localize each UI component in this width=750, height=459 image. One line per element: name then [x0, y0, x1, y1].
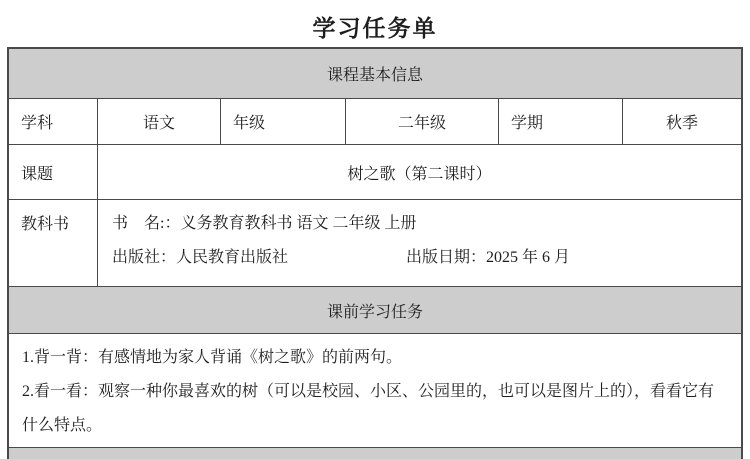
pre-class-header: 课前学习任务 [9, 287, 741, 334]
textbook-row: 教科书 书 名:：义务教育教科书 语文 二年级 上册 出版社：人民教育出版社 出… [9, 200, 741, 287]
course-info-header: 课程基本信息 [9, 49, 741, 99]
task-sheet-table: 课程基本信息 学科 语文 年级 二年级 学期 秋季 课题 树之歌（第二课时） 教… [7, 47, 743, 459]
semester-label-cell: 学期 [499, 99, 623, 144]
textbook-name-text: 书 名:：义务教育教科书 语文 二年级 上册 [112, 207, 731, 241]
grade-label-cell: 年级 [221, 99, 346, 144]
tasks-list: 1.背一背：有感情地为家人背诵《树之歌》的前两句。 2.看一看：观察一种你最喜欢… [9, 334, 741, 447]
topic-label-cell: 课题 [9, 145, 98, 199]
pre-class-tasks-row: 1.背一背：有感情地为家人背诵《树之歌》的前两句。 2.看一看：观察一种你最喜欢… [9, 334, 741, 448]
task-item: 2.看一看：观察一种你最喜欢的树（可以是校园、小区、公园里的，也可以是图片上的）… [22, 375, 727, 443]
textbook-content-cell: 书 名:：义务教育教科书 语文 二年级 上册 出版社：人民教育出版社 出版日期：… [98, 200, 741, 286]
course-info-row: 学科 语文 年级 二年级 学期 秋季 [9, 99, 741, 145]
publisher-text: 出版社：人民教育出版社 [112, 241, 288, 275]
task-item: 1.背一背：有感情地为家人背诵《树之歌》的前两句。 [22, 341, 727, 375]
grade-value-cell: 二年级 [346, 99, 499, 144]
subject-label-cell: 学科 [9, 99, 98, 144]
topic-row: 课题 树之歌（第二课时） [9, 145, 741, 200]
page-title: 学习任务单 [0, 0, 750, 47]
textbook-publish-line: 出版社：人民教育出版社 出版日期：2025 年 6 月 [112, 241, 731, 275]
next-section-partial [9, 448, 741, 459]
topic-value-cell: 树之歌（第二课时） [98, 145, 741, 199]
semester-value-cell: 秋季 [623, 99, 741, 144]
subject-value-cell: 语文 [98, 99, 221, 144]
textbook-label-cell: 教科书 [9, 200, 98, 286]
document-page: 学习任务单 课程基本信息 学科 语文 年级 二年级 学期 秋季 课题 树之歌（第… [0, 0, 750, 459]
publish-date-text: 出版日期：2025 年 6 月 [406, 241, 570, 275]
